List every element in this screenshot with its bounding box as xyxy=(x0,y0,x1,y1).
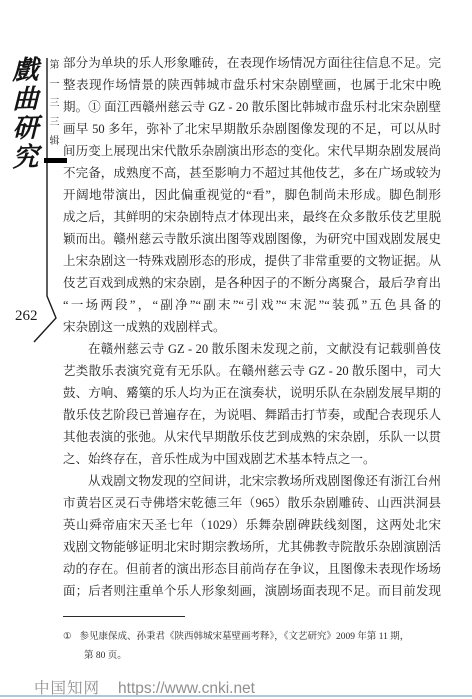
text-line: 画早 50 多年，弥补了北宋早期散乐杂剧图像发现的不足，可以从时 xyxy=(63,118,441,140)
footnote-text-line: 参见康保成、孙秉君《陕西韩城宋墓壁画考释》，《文艺研究》2009 年第 11 期… xyxy=(80,628,410,647)
text-line: 开阔地带演出，因此偏重视觉的“看”，脚色制尚未形成。脚色制形 xyxy=(63,184,441,206)
text-line: 之、始终存在，音乐性成为中国戏剧艺术基本特点之一。 xyxy=(63,448,441,470)
text-line: 颖而出。赣州慈云寺散乐演出图等戏剧图像，为研究中国戏剧发展史 xyxy=(63,228,441,250)
text-line: 鼓、方响、觱篥的乐人均为正在演奏状，说明乐队在杂剧发展早期的 xyxy=(63,382,441,404)
text-line: 上宋杂剧这一特殊戏剧形态的形成，提供了非常重要的文物证据。从 xyxy=(63,250,441,272)
text-line: “一场两段”，“副净”“副末”“引戏”“末泥”“装孤”五色具备的 xyxy=(63,294,441,316)
text-line: 不完备，成熟度不高，甚至影响力不超过其他伎艺，多在广场或较为 xyxy=(63,162,441,184)
sidebar-rule-chevron xyxy=(0,0,70,360)
journal-page: 戲曲研究 第一三三辑 262 部分为单块的乐人形象雕砖，在表现作场情况方面往往信… xyxy=(0,0,472,699)
text-line: 市黄岩区灵石寺佛塔宋乾德三年（965）散乐杂剧雕砖、山西洪洞县 xyxy=(63,492,441,514)
text-line: 从戏剧文物发现的空间讲，北宋宗教场所戏剧图像还有浙江台州 xyxy=(63,470,441,492)
text-line: 宋杂剧这一成熟的戏剧样式。 xyxy=(63,316,441,338)
footnote: ① 参见康保成、孙秉君《陕西韩城宋墓壁画考释》，《文艺研究》2009 年第 11… xyxy=(63,628,441,665)
footnote-marker: ① xyxy=(63,628,72,647)
text-line: 散乐伎艺阶段已普遍存在，为说唱、舞蹈击打节奏，或配合表现乐人 xyxy=(63,404,441,426)
text-line: 在赣州慈云寺 GZ - 20 散乐图未发现之前，文献没有记载驯兽伎 xyxy=(63,338,441,360)
body-text-column: 部分为单块的乐人形象雕砖，在表现作场情况方面往往信息不足。完 整表现作场情景的陕… xyxy=(63,52,441,602)
text-line: 艺类散乐表演究竟有无乐队。在赣州慈云寺 GZ - 20 散乐图中，司大 xyxy=(63,360,441,382)
footnote-text-line: 第 80 页。 xyxy=(63,647,441,666)
text-line: 成之后，其鲜明的宋杂剧特点才体现出来，最终在众多散乐伎艺里脱 xyxy=(63,206,441,228)
text-line: 戏剧文物能够证明北宋时期宗教场所，尤其佛教寺院散乐杂剧演剧活 xyxy=(63,536,441,558)
text-line: 动的存在。但前者的演出形态目前尚存在争议，且图像未表现作场场 xyxy=(63,558,441,580)
footnote-separator xyxy=(63,616,185,617)
text-line: 期。① 面江西赣州慈云寺 GZ - 20 散乐图比韩城市盘乐村北宋杂剧壁 xyxy=(63,96,441,118)
text-line: 英山舜帝庙宋天圣七年（1029）乐舞杂剧碑趺线刻图，这两处北宋 xyxy=(63,514,441,536)
text-line: 间历变上展现出宋代散乐杂剧演出形态的变化。宋代早期杂剧发展尚 xyxy=(63,140,441,162)
footer-divider-line xyxy=(0,695,472,697)
issue-number-label: 第一三三辑 xyxy=(48,59,60,157)
text-line: 伎艺百戏到成熟的宋杂剧，是各种因子的不断分离聚合，最后孕育出 xyxy=(63,272,441,294)
text-line: 面；后者则注重单个乐人形象刻画，演剧场面表现不足。而目前发现 xyxy=(63,580,441,602)
text-line: 其他表演的张弛。从宋代早期散乐伎艺到成熟的宋杂剧，乐队一以贯 xyxy=(63,426,441,448)
text-line: 部分为单块的乐人形象雕砖，在表现作场情况方面往往信息不足。完 xyxy=(63,52,441,74)
page-number: 262 xyxy=(15,308,38,325)
text-line: 整表现作场情景的陕西韩城市盘乐村宋杂剧壁画，也属于北宋中晚 xyxy=(63,74,441,96)
